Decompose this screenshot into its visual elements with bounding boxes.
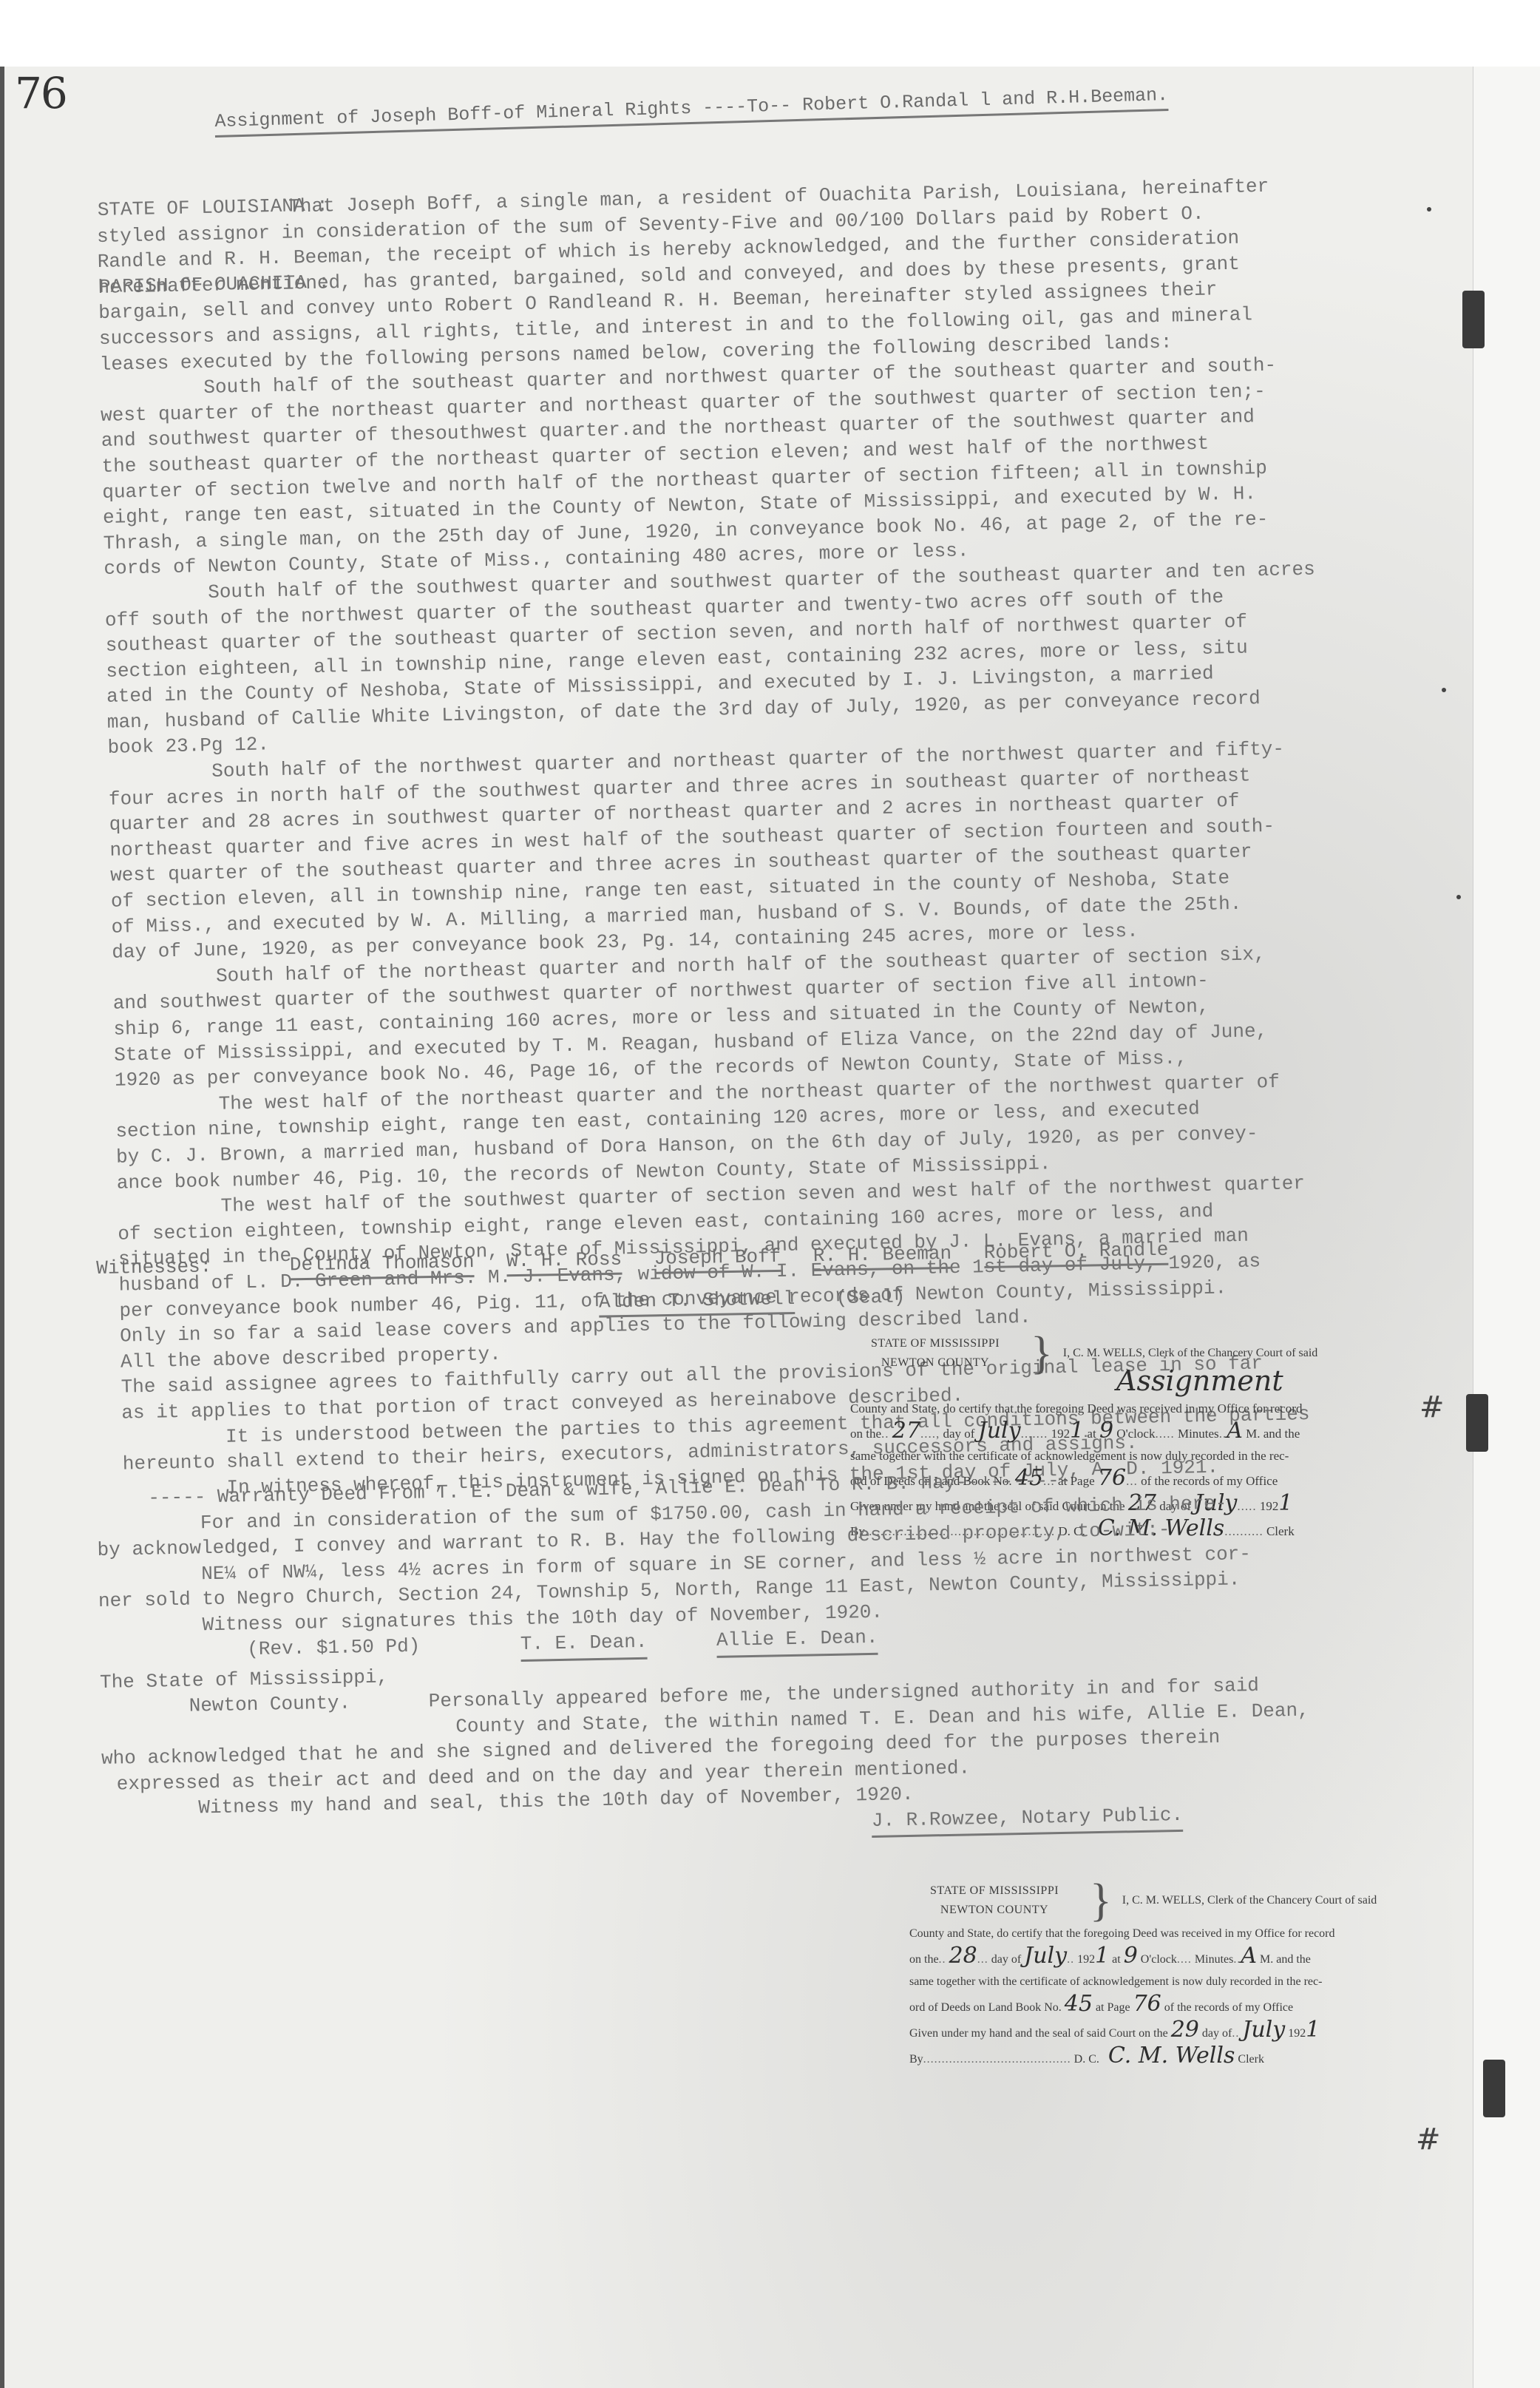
notary-signature: J. R.Rowzee, Notary Public. [872,1802,1184,1838]
binding-tab-marker [1466,1394,1488,1452]
handwritten-year: 1 [1070,1418,1084,1444]
assignment-signatures-row2: Alden T. Shotwell (Seal) [599,1285,906,1317]
signature: T. E. Dean. [520,1629,648,1662]
cert-clerk-line: I, C. M. WELLS, Clerk of the Chancery Co… [1122,1890,1377,1912]
page-number: 76 [15,68,67,118]
handwritten-instrument-type: Assignment [1116,1364,1283,1397]
cert-date-line: on the.. 27...., day of July....... 1921… [850,1420,1471,1445]
scan-left-edge [0,67,4,2388]
rev-stamp: (Rev. $1.50 Pd) [247,1635,421,1660]
handwritten-hour: 9 [1099,1418,1113,1444]
recording-certificate-2: STATE OF MISSISSIPPI NEWTON COUNTY } I, … [909,1878,1486,2071]
cert-together-line: same together with the certificate of ac… [909,1971,1486,1993]
handwritten-month: July [978,1418,1021,1444]
cert-given-line: Given under my hand and the seal of said… [909,2019,1486,2045]
signature: Delinda Thomason [290,1251,475,1280]
seal-label: (Seal) [836,1285,906,1309]
scan-top-margin [0,0,1540,67]
cert-certify-line: County and State, do certify that the fo… [850,1398,1471,1420]
signature: Joseph Boff [654,1245,781,1274]
signature: Allie E. Dean. [716,1625,878,1658]
brace-icon: } [1090,1878,1112,1923]
signature: Alden T. Shotwell [599,1288,796,1318]
cert-certify-line: County and State, do certify that the fo… [909,1923,1486,1945]
binding-tab-marker [1462,291,1485,348]
cert-county: NEWTON COUNTY [850,1353,1020,1373]
cert-clerk-line: I, C. M. WELLS, Clerk of the Chancery Co… [1063,1342,1318,1364]
hash-mark-icon: # [1419,1390,1445,1424]
scanned-deed-page: 76 Assignment of Joseph Boff-of Mineral … [0,0,1540,2388]
brace-icon: } [1031,1331,1053,1376]
cert-state: STATE OF MISSISSIPPI [909,1881,1079,1901]
handwritten-day: 27 [892,1418,920,1444]
witnesses-label: Witnesses: [96,1255,212,1279]
scan-speck [1427,207,1431,212]
binding-tab-marker [1483,2060,1505,2117]
cert-state: STATE OF MISSISSIPPI [850,1334,1020,1353]
signature: Robert O. Randle [983,1239,1168,1268]
scan-speck [1456,895,1461,899]
cert-book-line: ord of Deeds on Land Book No. 45 at Page… [909,1993,1486,2019]
warranty-deed: ----- Warranty Deed From T. E. Dean & wi… [96,1461,1463,1853]
cert-date-line: on the.. 28... day of July.. 1921 at 9 O… [909,1945,1486,1971]
hash-mark-icon: # [1416,2123,1441,2157]
cert-county: NEWTON COUNTY [909,1901,1079,1920]
scan-speck [1442,688,1446,692]
signature: W. H. Ross [506,1248,623,1277]
cert-signature-line: By......................................… [909,2045,1486,2071]
clerk-signature: C. M. Wells [1108,2043,1235,2069]
signature: R. H. Beeman [813,1242,952,1271]
